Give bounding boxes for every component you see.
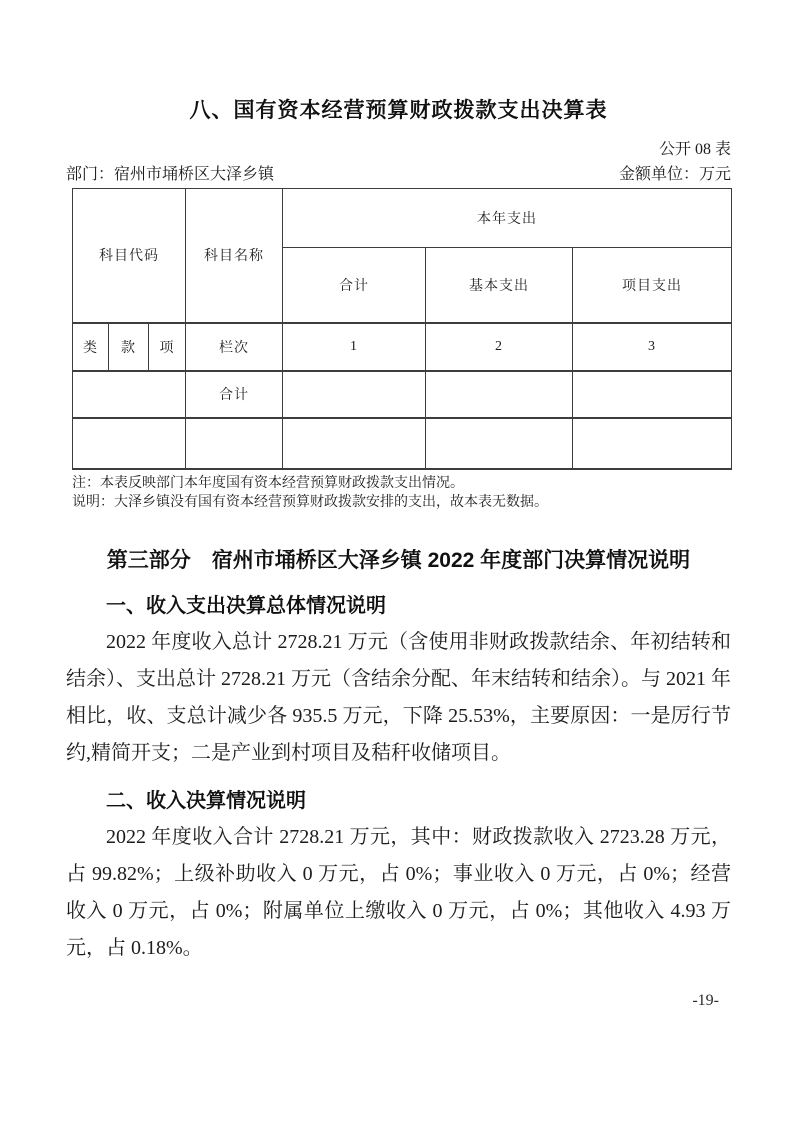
header-cell-item: 款 (109, 323, 149, 371)
empty-row-basic-cell (426, 418, 573, 469)
table-meta-row: 部门：宿州市埇桥区大泽乡镇 金额单位：万元 (66, 166, 731, 184)
explanation-line: 说明：大泽乡镇没有国有资本经营预算财政拨款安排的支出，故本表无数据。 (72, 493, 731, 512)
table-row-total: 合计 (73, 371, 732, 418)
header-cell-total: 合计 (283, 248, 426, 323)
header-cell-column-label: 栏次 (186, 323, 283, 371)
header-cell-current-year-expenditure: 本年支出 (283, 189, 732, 248)
empty-row-total-cell (283, 418, 426, 469)
total-row-code-cell (73, 371, 186, 418)
section-one-heading: 一、收入支出决算总体情况说明 (66, 591, 731, 621)
document-page: 八、国有资本经营预算财政拨款支出决算表 公开 08 表 部门：宿州市埇桥区大泽乡… (0, 0, 793, 1122)
document-title: 八、国有资本经营预算财政拨款支出决算表 (66, 97, 731, 125)
table-column-index-row: 类 款 项 栏次 1 2 3 (73, 323, 732, 371)
page-number: -19- (692, 992, 719, 1010)
header-cell-category: 类 (73, 323, 109, 371)
public-table-label: 公开 08 表 (66, 141, 731, 159)
total-row-basic-cell (426, 371, 573, 418)
section-two-heading: 二、收入决算情况说明 (66, 786, 731, 816)
column-index-1: 1 (283, 323, 426, 371)
total-row-total-cell (283, 371, 426, 418)
header-cell-basic-expenditure: 基本支出 (426, 248, 573, 323)
table-row-empty (73, 418, 732, 469)
header-cell-subject-code: 科目代码 (73, 189, 186, 323)
total-row-name-cell: 合计 (186, 371, 283, 418)
header-cell-sub-item: 项 (149, 323, 186, 371)
column-index-2: 2 (426, 323, 573, 371)
header-cell-project-expenditure: 项目支出 (573, 248, 732, 323)
note-line: 注：本表反映部门本年度国有资本经营预算财政拨款支出情况。 (72, 474, 731, 493)
unit-label: 金额单位：万元 (619, 166, 731, 184)
total-row-project-cell (573, 371, 732, 418)
table-header-row-1: 科目代码 科目名称 本年支出 (73, 189, 732, 248)
budget-expenditure-table: 科目代码 科目名称 本年支出 合计 基本支出 项目支出 类 款 项 栏次 1 2… (72, 188, 732, 470)
department-label: 部门：宿州市埇桥区大泽乡镇 (66, 166, 274, 184)
header-cell-subject-name: 科目名称 (186, 189, 283, 323)
section-one-paragraph: 2022 年度收入总计 2728.21 万元（含使用非财政拨款结余、年初结转和结… (66, 624, 731, 772)
table-notes: 注：本表反映部门本年度国有资本经营预算财政拨款支出情况。 说明：大泽乡镇没有国有… (72, 474, 731, 512)
part-three-heading: 第三部分 宿州市埇桥区大泽乡镇 2022 年度部门决算情况说明 (66, 546, 731, 576)
page-content: 八、国有资本经营预算财政拨款支出决算表 公开 08 表 部门：宿州市埇桥区大泽乡… (0, 97, 793, 967)
empty-row-project-cell (573, 418, 732, 469)
empty-row-name-cell (186, 418, 283, 469)
section-two-paragraph: 2022 年度收入合计 2728.21 万元，其中：财政拨款收入 2723.28… (66, 819, 731, 967)
empty-row-code-cell (73, 418, 186, 469)
column-index-3: 3 (573, 323, 732, 371)
